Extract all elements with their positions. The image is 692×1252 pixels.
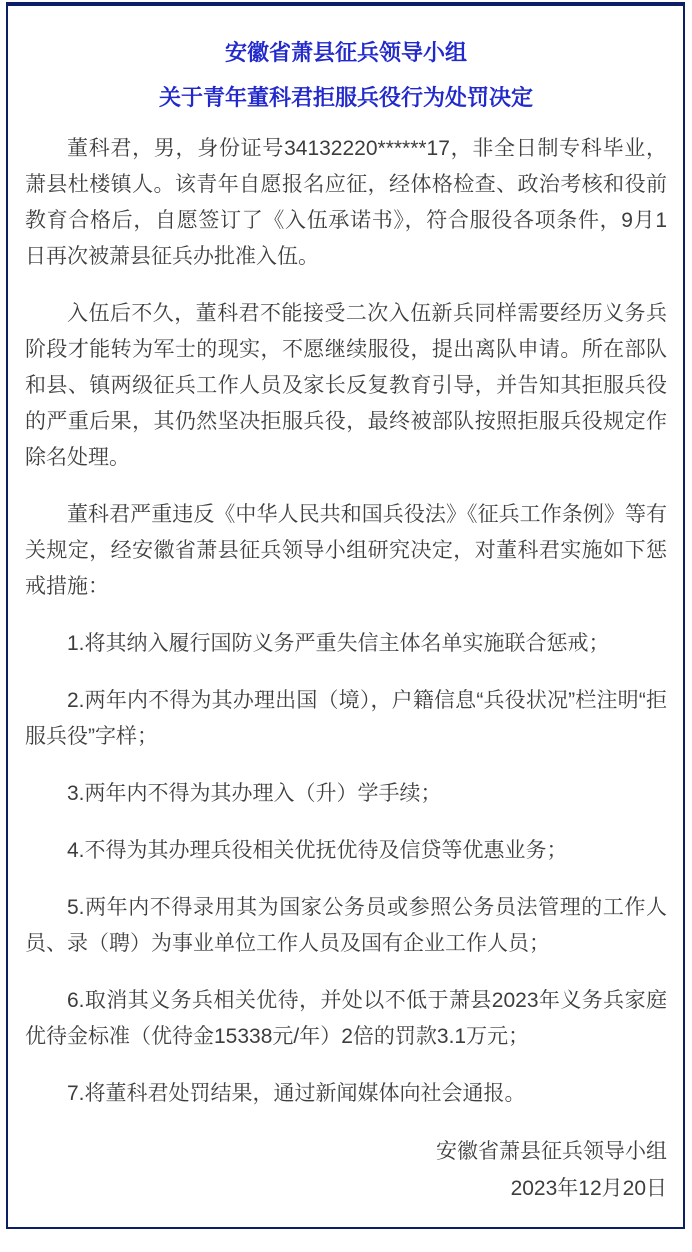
document-content: 安徽省萧县征兵领导小组 关于青年董科君拒服兵役行为处罚决定 董科君，男，身份证号… bbox=[25, 0, 667, 1207]
signature-date: 2023年12月20日 bbox=[25, 1170, 667, 1207]
document-body: 董科君，男，身份证号34132220******17，非全日制专科毕业，萧县杜楼… bbox=[25, 131, 667, 1112]
document-title-line2: 关于青年董科君拒服兵役行为处罚决定 bbox=[25, 83, 667, 113]
document-title-block: 安徽省萧县征兵领导小组 关于青年董科君拒服兵役行为处罚决定 bbox=[25, 0, 667, 113]
document-page: { "colors": { "border": "#0c1e66", "titl… bbox=[0, 0, 692, 1252]
paragraph-background: 入伍后不久，董科君不能接受二次入伍新兵同样需要经历义务兵阶段才能转为军士的现实，… bbox=[25, 296, 667, 476]
measure-item-1: 1.将其纳入履行国防义务严重失信主体名单实施联合惩戒； bbox=[25, 626, 667, 662]
measure-item-3: 3.两年内不得为其办理入（升）学手续； bbox=[25, 776, 667, 812]
measure-item-5: 5.两年内不得录用其为国家公务员或参照公务员法管理的工作人员、录（聘）为事业单位… bbox=[25, 890, 667, 962]
paragraph-decision: 董科君严重违反《中华人民共和国兵役法》《征兵工作条例》等有关规定，经安徽省萧县征… bbox=[25, 497, 667, 605]
paragraph-intro: 董科君，男，身份证号34132220******17，非全日制专科毕业，萧县杜楼… bbox=[25, 131, 667, 275]
document-title-line1: 安徽省萧县征兵领导小组 bbox=[25, 38, 667, 68]
measure-item-4: 4.不得为其办理兵役相关优抚优待及信贷等优惠业务； bbox=[25, 833, 667, 869]
signature-block: 安徽省萧县征兵领导小组 2023年12月20日 bbox=[25, 1133, 667, 1207]
measure-item-7: 7.将董科君处罚结果，通过新闻媒体向社会通报。 bbox=[25, 1076, 667, 1112]
signature-organization: 安徽省萧县征兵领导小组 bbox=[25, 1133, 667, 1170]
measure-item-2: 2.两年内不得为其办理出国（境），户籍信息“兵役状况”栏注明“拒服兵役”字样； bbox=[25, 683, 667, 755]
measure-item-6: 6.取消其义务兵相关优待，并处以不低于萧县2023年义务兵家庭优待金标准（优待金… bbox=[25, 983, 667, 1055]
